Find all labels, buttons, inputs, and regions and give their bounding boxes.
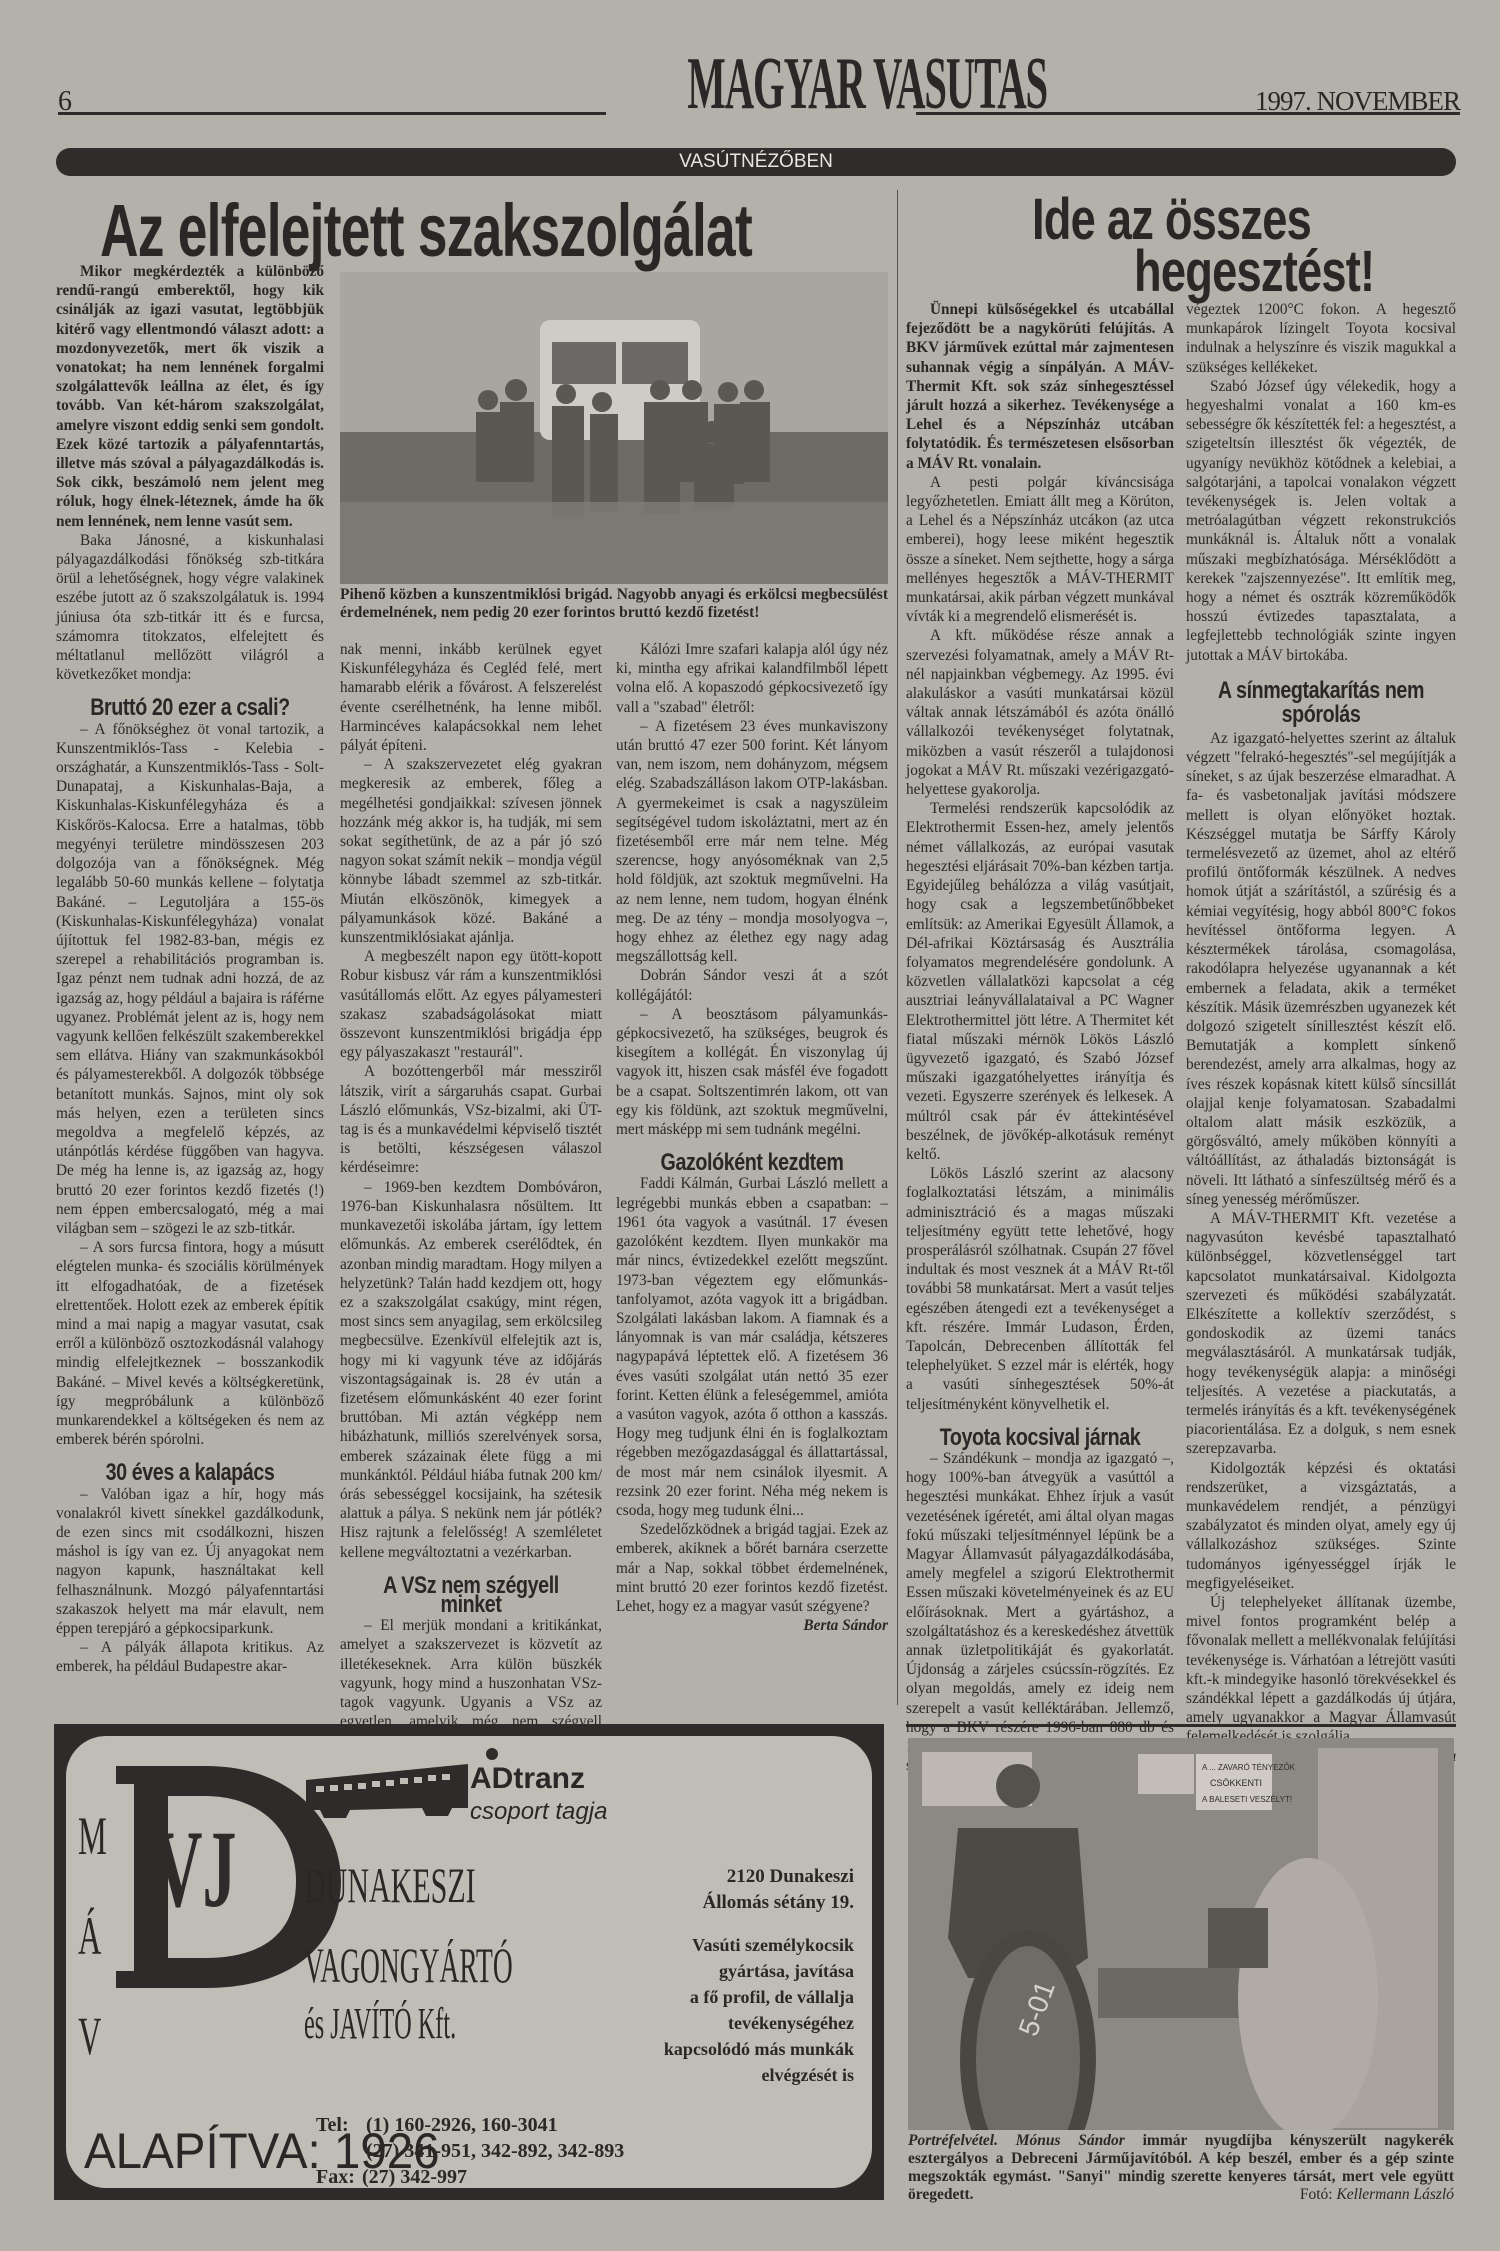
paragraph: – Valóban igaz a hír, hogy más vonalakró…: [56, 1485, 324, 1639]
paragraph: Baka Jánosné, a kiskunhalasi pályagazdál…: [56, 531, 324, 685]
article1-headline: Az elfelejtett szakszolgálat: [100, 188, 752, 273]
ad-services: Vasúti személykocsik gyártása, javítása …: [664, 1932, 854, 2088]
ad-company-name-3: és JAVÍTÓ Kft.: [304, 1998, 456, 2049]
ad-service-line: a fő profil, de vállalja: [664, 1984, 854, 2010]
paragraph: végeztek 1200°C fokon. A hegesztő munkap…: [1186, 300, 1456, 377]
issue-date: 1997. NOVEMBER: [1255, 86, 1460, 117]
ad-company-name-2: VAGONGYÁRTÓ: [304, 1936, 513, 1994]
paragraph: nak menni, inkább kerülnek egyet Kiskunf…: [340, 640, 602, 755]
ad-address-1: 2120 Dunakeszi: [727, 1866, 854, 1888]
ad-founded: ALAPÍTVA: 1926: [84, 2122, 440, 2180]
dunakeszi-advertisement: M Á V VJ ADtranz csoport tagja DUNAKESZI…: [54, 1724, 884, 2200]
paragraph: A MÁV-THERMIT Kft. vezetése a nagyvasúto…: [1186, 1209, 1456, 1459]
paragraph: Lökös László szerint az alacsony foglalk…: [906, 1164, 1174, 1414]
railcar-icon: [302, 1750, 472, 1826]
brigade-group-photo: [340, 272, 888, 584]
ad-service-line: gyártása, javítása: [664, 1958, 854, 1984]
subhead-sinmegtakaritas: A sínmegtakarítás nem spórolás: [1210, 679, 1431, 727]
paragraph: Kidolgozták képzési és oktatási rendszer…: [1186, 1459, 1456, 1593]
adtranz-dot-icon: [486, 1748, 498, 1760]
paragraph: Kálózi Imre szafari kalapja alól úgy néz…: [616, 640, 888, 717]
subhead-vsz: A VSz nem szégyell minket: [364, 1576, 579, 1614]
ad-brand: ADtranz: [470, 1762, 585, 1796]
subhead-kalapacs: 30 éves a kalapács: [80, 1463, 300, 1482]
article2-column-a: Ünnepi külsőségekkel és utcabállal fejez…: [906, 300, 1174, 1775]
paragraph: Szedelőzködnek a brigád tagjai. Ezek az …: [616, 1520, 888, 1616]
brigade-photo-illustration: [340, 272, 888, 584]
sign-line-2: CSÖKKENTI: [1210, 1778, 1262, 1788]
article2-headline-line2: hegesztést!: [1134, 238, 1374, 305]
portrait-top-rule: [906, 1724, 1456, 1727]
ad-side-letter-a: Á: [78, 1896, 101, 1976]
paragraph: – A főnökséghez öt vonal tartozik, a Kun…: [56, 720, 324, 1238]
article1-column-1: Mikor megkérdezték a különböző rendű-ran…: [56, 262, 324, 1677]
ad-service-line: kapcsolódó más munkák: [664, 2036, 854, 2062]
article2-column-b: végeztek 1200°C fokon. A hegesztő munkap…: [1186, 300, 1456, 1766]
subhead-toyota: Toyota kocsival járnak: [930, 1428, 1150, 1447]
lathe-operator-photo: A ... ZAVARÓ TÉNYEZŐK CSÖKKENTI A BALESE…: [908, 1738, 1454, 2130]
paragraph: – A fizetésem 23 éves munkaviszony után …: [616, 717, 888, 967]
ad-service-line: elvégzését is: [664, 2062, 854, 2088]
paragraph: A kft. működése része annak a szervezési…: [906, 626, 1174, 799]
sign-line-1: A ... ZAVARÓ TÉNYEZŐK: [1202, 1763, 1296, 1772]
paragraph: – A sors furcsa fintora, hogy a músutt e…: [56, 1238, 324, 1449]
ad-service-line: tevékenységéhez: [664, 2010, 854, 2036]
subhead-brutto: Bruttó 20 ezer a csali?: [80, 698, 300, 717]
paragraph: Szabó József úgy vélekedik, hogy a hegye…: [1186, 377, 1456, 665]
column-divider: [897, 190, 898, 1705]
paragraph: – A szakszervezetet elég gyakran megkere…: [340, 755, 602, 947]
author-signature: Berta Sándor: [616, 1616, 888, 1635]
brigade-photo-caption: Pihenő közben a kunszentmiklósi brigád. …: [340, 586, 888, 622]
paragraph: – A beosztásom pályamunkás-gépkocsivezet…: [616, 1005, 888, 1139]
caption-italic-lead: Portréfelvétel. Mónus Sándor: [908, 2132, 1125, 2149]
photo-credit-name: Kellermann László: [1336, 2186, 1454, 2203]
ad-brand-subtitle: csoport tagja: [470, 1798, 607, 1826]
vj-letters: VJ: [153, 1807, 236, 1930]
subhead-gazolo: Gazolóként kezdtem: [640, 1153, 863, 1172]
ad-service-line: Vasúti személykocsik: [664, 1932, 854, 1958]
section-bar: VASÚTNÉZŐBEN: [56, 148, 1456, 176]
sign-line-3: A BALESETI VESZÉLYT!: [1202, 1795, 1292, 1804]
ad-side-letter-v: V: [78, 1996, 101, 2076]
paragraph: Termelési rendszerük kapcsolódik az Elek…: [906, 799, 1174, 1164]
ad-side-letter-m: M: [78, 1796, 107, 1876]
portrait-photo-caption: Portréfelvétel. Mónus Sándor immár nyugd…: [908, 2132, 1454, 2204]
paragraph: Az igazgató-helyettes szerint az általuk…: [1186, 729, 1456, 1209]
paragraph: Faddi Kálmán, Gurbai László mellett a le…: [616, 1174, 888, 1520]
photo-credit-label: Fotó:: [1300, 2186, 1337, 2203]
ad-address-2: Állomás sétány 19.: [703, 1892, 854, 1914]
ad-panel: M Á V VJ ADtranz csoport tagja DUNAKESZI…: [66, 1736, 872, 2188]
lathe-photo-illustration: A ... ZAVARÓ TÉNYEZŐK CSÖKKENTI A BALESE…: [908, 1738, 1454, 2130]
paragraph: – 1969-ben kezdtem Dombóváron, 1976-ban …: [340, 1178, 602, 1562]
paragraph: – A pályák állapota kritikus. Az emberek…: [56, 1638, 324, 1676]
paragraph: Dobrán Sándor veszi át a szót kollégáját…: [616, 966, 888, 1004]
paragraph: A pesti polgár kíváncsisága legyőzhetetl…: [906, 473, 1174, 627]
paragraph: A bozóttengerből már messziről látszik, …: [340, 1062, 602, 1177]
newspaper-logo: MAGYAR VASUTAS: [687, 44, 832, 124]
paragraph: A megbeszélt napon egy ütött-kopott Robu…: [340, 947, 602, 1062]
article1-column-2: nak menni, inkább kerülnek egyet Kiskunf…: [340, 640, 602, 1751]
masthead-rule-left: [58, 112, 606, 115]
photo-credit: Fotó: Kellermann László: [1300, 2186, 1454, 2204]
article2-lead: Ünnepi külsőségekkel és utcabállal fejez…: [906, 300, 1174, 473]
ad-company-name-1: DUNAKESZI: [304, 1856, 476, 1914]
article1-lead: Mikor megkérdezték a különböző rendű-ran…: [56, 262, 324, 531]
article1-column-3: Kálózi Imre szafari kalapja alól úgy néz…: [616, 640, 888, 1635]
